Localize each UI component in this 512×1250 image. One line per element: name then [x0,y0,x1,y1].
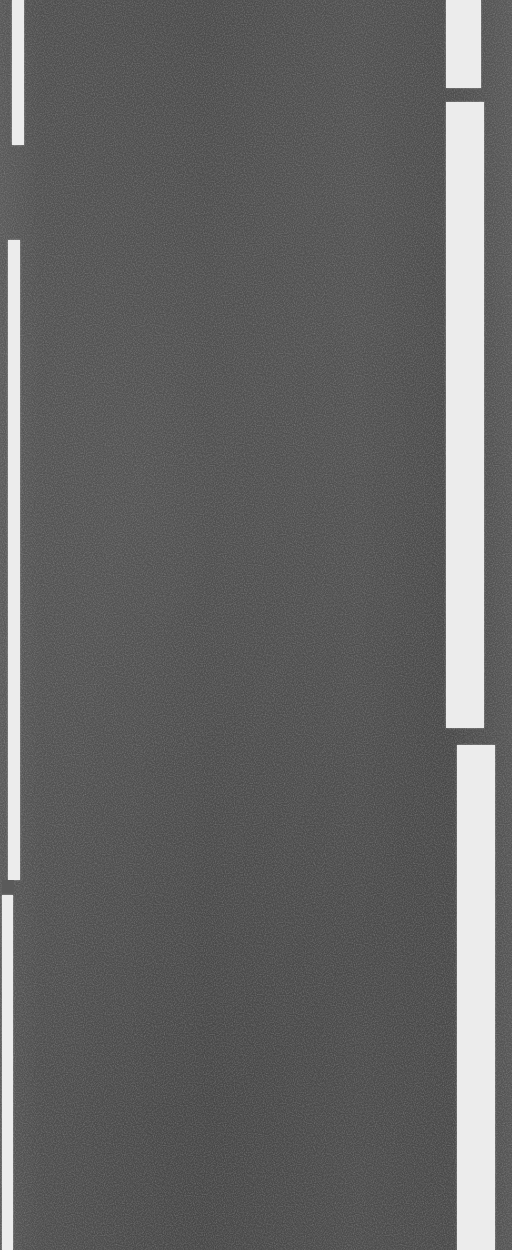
left-lane-line-gap [2,880,14,895]
left-lane-line-segment [12,0,24,145]
road-surface [0,0,512,1250]
right-lane-line-segment [446,0,481,88]
right-lane-line-segment [446,102,484,728]
asphalt-texture [0,0,512,1250]
right-lane-line-segment [457,745,495,1250]
left-lane-line-segment [2,895,13,1250]
left-lane-line-segment [8,240,20,880]
